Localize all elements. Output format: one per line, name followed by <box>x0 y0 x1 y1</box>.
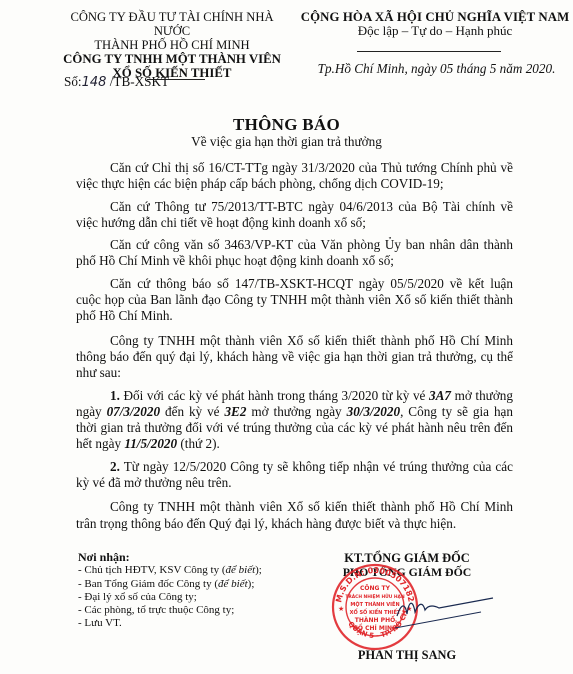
paragraph-closing: Công ty TNHH một thành viên Xổ số kiến t… <box>76 499 513 532</box>
recipients-list: Nơi nhận: - Chủ tịch HĐTV, KSV Công ty (… <box>78 551 328 631</box>
recipient-item: - Lưu VT. <box>78 617 328 630</box>
paragraph-item-2: 2. Từ ngày 12/5/2020 Công ty sẽ không ti… <box>76 459 513 492</box>
place-date: Tp.Hồ Chí Minh, ngày 05 tháng 5 năm 2020… <box>300 61 573 77</box>
paragraph-basis-2: Căn cứ Thông tư 75/2013/TT-BTC ngày 04/6… <box>76 199 513 232</box>
svg-text:MỘT THÀNH VIÊN: MỘT THÀNH VIÊN <box>350 600 399 608</box>
handwritten-signature-icon <box>395 590 495 630</box>
national-motto: Độc lập – Tự do – Hạnh phúc <box>300 24 570 38</box>
svg-text:HỒ CHÍ MINH: HỒ CHÍ MINH <box>353 623 397 632</box>
paragraph-basis-4: Căn cứ thông báo số 147/TB-XSKT-HCQT ngà… <box>76 276 513 325</box>
paragraph-basis-3: Căn cứ công văn số 3463/VP-KT của Văn ph… <box>76 237 513 270</box>
nation-name: CỘNG HÒA XÃ HỘI CHỦ NGHĨA VIỆT NAM <box>300 10 570 24</box>
paragraph-basis-1: Căn cứ Chỉ thị số 16/CT-TTg ngày 31/3/20… <box>76 160 513 193</box>
svg-text:CÔNG TY: CÔNG TY <box>360 585 391 592</box>
paragraph-intro: Công ty TNHH một thành viên Xổ số kiến t… <box>76 333 513 382</box>
national-header: CỘNG HÒA XÃ HỘI CHỦ NGHĨA VIỆT NAM Độc l… <box>300 10 570 38</box>
issuer-header: CÔNG TY ĐẦU TƯ TÀI CHÍNH NHÀ NƯỚC THÀNH … <box>52 10 292 80</box>
paragraph-item-1: 1. Đối với các kỳ vé phát hành trong thá… <box>76 388 513 453</box>
svg-text:XỔ SỐ KIẾN THIẾT: XỔ SỐ KIẾN THIẾT <box>350 608 401 616</box>
parent-org: CÔNG TY ĐẦU TƯ TÀI CHÍNH NHÀ NƯỚC <box>52 10 292 38</box>
parent-org-city: THÀNH PHỐ HỒ CHÍ MINH <box>52 38 292 52</box>
recipient-item: - Chủ tịch HĐTV, KSV Công ty (để biết); <box>78 564 328 577</box>
recipient-item: - Ban Tổng Giám đốc Công ty (để biết); <box>78 578 328 591</box>
document-body: Căn cứ Chỉ thị số 16/CT-TTg ngày 31/3/20… <box>76 160 513 538</box>
svg-text:★: ★ <box>338 605 344 613</box>
recipient-item: - Các phòng, tổ trực thuộc Công ty; <box>78 604 328 617</box>
document-subtitle: Về việc gia hạn thời gian trả thưởng <box>0 134 573 150</box>
document-title: THÔNG BÁO <box>0 115 573 135</box>
handwritten-number: 148 <box>82 75 107 90</box>
company-name: CÔNG TY TNHH MỘT THÀNH VIÊN <box>52 52 292 66</box>
signer-name: PHAN THỊ SANG <box>300 648 514 663</box>
svg-text:THÀNH PHỐ: THÀNH PHỐ <box>355 616 395 624</box>
divider-right <box>357 51 501 52</box>
document-number: Số:148 /TB-XSKT <box>64 74 169 90</box>
recipients-heading: Nơi nhận: <box>78 551 328 564</box>
recipient-item: - Đại lý xổ số của Công ty; <box>78 591 328 604</box>
